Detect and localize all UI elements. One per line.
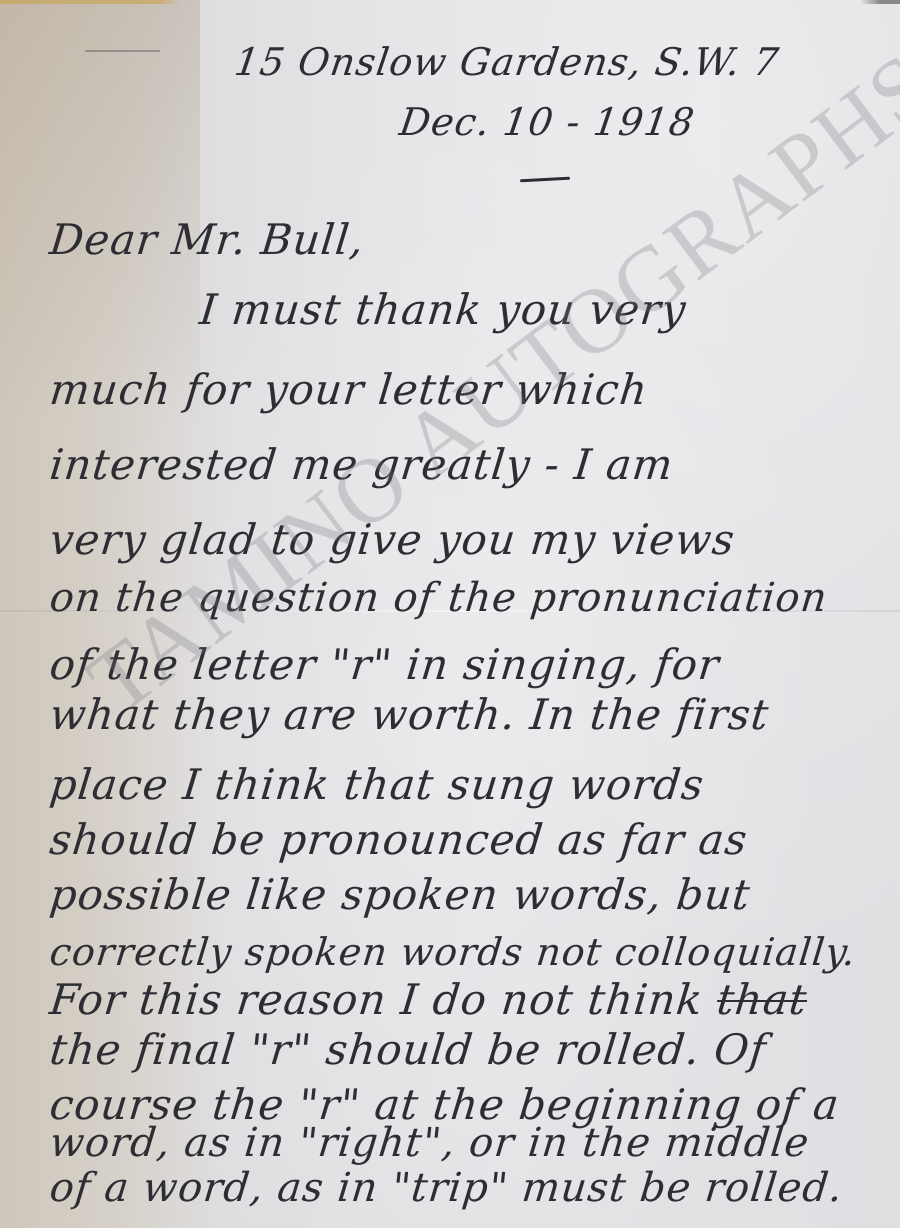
letter-line: should be pronounced as far as [47, 815, 750, 864]
letter-line: possible like spoken words, but [47, 870, 753, 919]
paper-top-stain [0, 0, 900, 4]
letter-line: of the letter "r" in singing, for [47, 640, 722, 689]
letter-line: For this reason I do not think that [47, 975, 809, 1024]
header-divider [520, 177, 570, 183]
paper-edge-mark [85, 50, 160, 52]
letter-line: very glad to give you my views [47, 515, 737, 564]
letter-line: of a word, as in "trip" must be rolled. [48, 1165, 846, 1211]
letter-date: Dec. 10 - 1918 [397, 100, 698, 144]
letter-line: interested me greatly - I am [47, 440, 675, 489]
letter-address: 15 Onslow Gardens, S.W. 7 [232, 40, 782, 84]
letter-page: 15 Onslow Gardens, S.W. 7 Dec. 10 - 1918… [0, 0, 900, 1228]
letter-line: on the question of the pronunciation [48, 575, 830, 621]
letter-line: what they are worth. In the first [47, 690, 771, 739]
letter-line: place I think that sung words [47, 760, 706, 809]
letter-line: I must thank you very [197, 285, 688, 334]
struck-word: that [715, 975, 810, 1024]
letter-line: the final "r" should be rolled. Of [47, 1025, 769, 1074]
letter-line-text: For this reason I do not think [47, 975, 705, 1024]
letter-line: correctly spoken words not colloquially. [48, 930, 859, 974]
letter-line: much for your letter which [47, 365, 650, 414]
letter-line: word, as in "right", or in the middle [48, 1120, 812, 1166]
letter-salutation: Dear Mr. Bull, [47, 215, 366, 264]
